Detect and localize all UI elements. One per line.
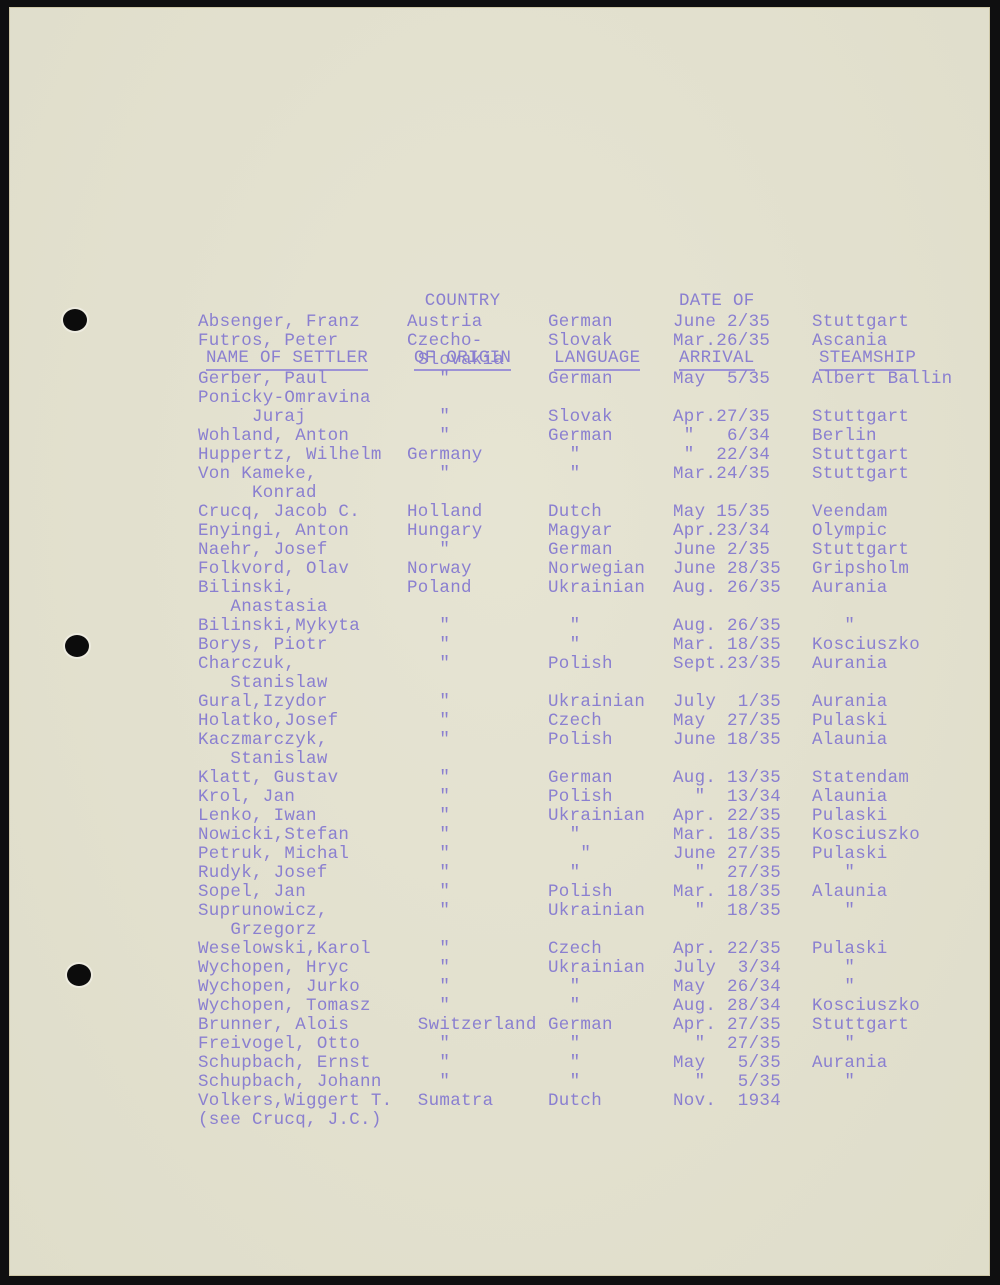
settler-name-cell: Stanislaw	[198, 750, 328, 769]
table-row: Crucq, Jacob C.HollandDutchMay 15/35Veen…	[0, 503, 1000, 522]
table-row: Klatt, Gustav "GermanAug. 13/35Statendam	[0, 769, 1000, 788]
date-of-arrival-cell: Mar. 18/35	[673, 636, 781, 655]
date-of-arrival-cell: May 26/34	[673, 978, 781, 997]
country-of-origin-cell: Poland	[407, 579, 472, 598]
language-cell: "	[548, 826, 580, 845]
date-of-arrival-cell: Apr. 27/35	[673, 1016, 781, 1035]
table-row: Grzegorz	[0, 921, 1000, 940]
settler-name-cell: Gerber, Paul	[198, 370, 328, 389]
language-cell: "	[548, 978, 580, 997]
table-row: Sopel, Jan "PolishMar. 18/35Alaunia	[0, 883, 1000, 902]
date-of-arrival-cell: " 22/34	[673, 446, 770, 465]
steamship-cell: Pulaski	[812, 807, 888, 826]
steamship-cell: Stuttgart	[812, 446, 909, 465]
date-of-arrival-cell: Mar. 18/35	[673, 826, 781, 845]
steamship-cell: Albert Ballin	[812, 370, 952, 389]
country-of-origin-cell: "	[407, 408, 450, 427]
language-cell: Czech	[548, 712, 602, 731]
steamship-cell: Pulaski	[812, 940, 888, 959]
steamship-cell: Aurania	[812, 693, 888, 712]
table-row: Futros, PeterCzecho-SlovakMar.26/35Ascan…	[0, 332, 1000, 351]
settler-name-cell: Schupbach, Ernst	[198, 1054, 371, 1073]
table-row: Slovakia	[0, 351, 1000, 370]
table-row: Wohland, Anton "German " 6/34Berlin	[0, 427, 1000, 446]
settler-name-cell: Enyingi, Anton	[198, 522, 349, 541]
settler-name-cell: Konrad	[198, 484, 317, 503]
country-of-origin-cell: Austria	[407, 313, 483, 332]
language-cell: German	[548, 313, 613, 332]
steamship-cell: Stuttgart	[812, 465, 909, 484]
settler-name-cell: Absenger, Franz	[198, 313, 360, 332]
settler-name-cell: Von Kameke,	[198, 465, 317, 484]
table-row: Wychopen, Tomasz " "Aug. 28/34Kosciuszko	[0, 997, 1000, 1016]
language-cell: "	[548, 1054, 580, 1073]
table-row: Juraj "SlovakApr.27/35Stuttgart	[0, 408, 1000, 427]
country-of-origin-cell: "	[407, 1054, 450, 1073]
settler-name-cell: Freivogel, Otto	[198, 1035, 360, 1054]
settler-name-cell: Klatt, Gustav	[198, 769, 338, 788]
settler-name-cell: Bilinski,	[198, 579, 295, 598]
table-row: Weselowski,Karol "CzechApr. 22/35Pulaski	[0, 940, 1000, 959]
table-row: Schupbach, Johann " " " 5/35 "	[0, 1073, 1000, 1092]
table-row: Anastasia	[0, 598, 1000, 617]
settler-name-cell: Kaczmarczyk,	[198, 731, 328, 750]
settler-name-cell: Folkvord, Olav	[198, 560, 349, 579]
settler-name-cell: Lenko, Iwan	[198, 807, 317, 826]
language-cell: "	[548, 864, 580, 883]
country-of-origin-cell: "	[407, 864, 450, 883]
date-of-arrival-cell: Aug. 26/35	[673, 579, 781, 598]
settler-name-cell: (see Crucq, J.C.)	[198, 1111, 382, 1130]
table-row: Kaczmarczyk, "PolishJune 18/35Alaunia	[0, 731, 1000, 750]
steamship-cell: Olympic	[812, 522, 888, 541]
country-of-origin-cell: "	[407, 655, 450, 674]
language-cell: German	[548, 769, 613, 788]
language-cell: Dutch	[548, 503, 602, 522]
language-cell: Ukrainian	[548, 579, 645, 598]
steamship-cell: Ascania	[812, 332, 888, 351]
settler-name-cell: Ponicky-Omravina	[198, 389, 371, 408]
steamship-cell: Pulaski	[812, 712, 888, 731]
language-cell: Ukrainian	[548, 959, 645, 978]
table-row: Bilinski,Mykyta " "Aug. 26/35 "	[0, 617, 1000, 636]
country-of-origin-cell: "	[407, 541, 450, 560]
steamship-cell: Aurania	[812, 579, 888, 598]
settler-table: Absenger, FranzAustriaGermanJune 2/35Stu…	[0, 313, 1000, 1130]
settler-name-cell: Rudyk, Josef	[198, 864, 328, 883]
language-cell: Ukrainian	[548, 693, 645, 712]
language-cell: Ukrainian	[548, 807, 645, 826]
table-row: Wychopen, Jurko " "May 26/34 "	[0, 978, 1000, 997]
language-cell: German	[548, 1016, 613, 1035]
language-cell: Dutch	[548, 1092, 602, 1111]
settler-name-cell: Stanislaw	[198, 674, 328, 693]
country-of-origin-cell: "	[407, 978, 450, 997]
steamship-cell: Aurania	[812, 1054, 888, 1073]
date-of-arrival-cell: Apr. 22/35	[673, 940, 781, 959]
country-of-origin-cell: "	[407, 427, 450, 446]
steamship-cell: "	[812, 1035, 855, 1054]
table-row: Volkers,Wiggert T. SumatraDutchNov. 1934	[0, 1092, 1000, 1111]
date-of-arrival-cell: May 5/35	[673, 1054, 781, 1073]
language-cell: "	[548, 1035, 580, 1054]
date-of-arrival-cell: Mar. 18/35	[673, 883, 781, 902]
table-row: Petruk, Michal " "June 27/35Pulaski	[0, 845, 1000, 864]
settler-name-cell: Gural,Izydor	[198, 693, 328, 712]
settler-name-cell: Naehr, Josef	[198, 541, 328, 560]
country-of-origin-cell: "	[407, 370, 450, 389]
date-of-arrival-cell: July 1/35	[673, 693, 781, 712]
table-row: Charczuk, "PolishSept.23/35Aurania	[0, 655, 1000, 674]
date-of-arrival-cell: Apr.23/34	[673, 522, 770, 541]
settler-name-cell: Volkers,Wiggert T.	[198, 1092, 392, 1111]
table-row: (see Crucq, J.C.)	[0, 1111, 1000, 1130]
date-of-arrival-cell: June 28/35	[673, 560, 781, 579]
date-of-arrival-cell: " 27/35	[673, 1035, 781, 1054]
country-of-origin-cell: "	[407, 1073, 450, 1092]
table-row: Freivogel, Otto " " " 27/35 "	[0, 1035, 1000, 1054]
settler-name-cell: Wohland, Anton	[198, 427, 349, 446]
steamship-cell: "	[812, 978, 855, 997]
settler-name-cell: Brunner, Alois	[198, 1016, 349, 1035]
table-row: Nowicki,Stefan " "Mar. 18/35Kosciuszko	[0, 826, 1000, 845]
steamship-cell: Alaunia	[812, 883, 888, 902]
settler-name-cell: Charczuk,	[198, 655, 295, 674]
language-cell: German	[548, 370, 613, 389]
settler-name-cell: Wychopen, Jurko	[198, 978, 360, 997]
table-row: Absenger, FranzAustriaGermanJune 2/35Stu…	[0, 313, 1000, 332]
country-of-origin-cell: "	[407, 788, 450, 807]
table-row: Gural,Izydor "UkrainianJuly 1/35Aurania	[0, 693, 1000, 712]
language-cell: "	[548, 465, 580, 484]
date-of-arrival-cell: June 18/35	[673, 731, 781, 750]
steamship-cell: Statendam	[812, 769, 909, 788]
language-cell: Slovak	[548, 332, 613, 351]
steamship-cell: Stuttgart	[812, 1016, 909, 1035]
date-of-arrival-cell: Mar.24/35	[673, 465, 770, 484]
steamship-cell: "	[812, 902, 855, 921]
table-row: Rudyk, Josef " " " 27/35 "	[0, 864, 1000, 883]
country-of-origin-cell: "	[407, 845, 450, 864]
settler-name-cell: Krol, Jan	[198, 788, 295, 807]
date-of-arrival-cell: " 27/35	[673, 864, 781, 883]
language-cell: Polish	[548, 883, 613, 902]
country-of-origin-cell: Sumatra	[407, 1092, 493, 1111]
language-cell: "	[548, 636, 580, 655]
country-of-origin-cell: Slovakia	[407, 351, 504, 370]
language-cell: Czech	[548, 940, 602, 959]
date-of-arrival-cell: July 3/34	[673, 959, 781, 978]
table-row: Stanislaw	[0, 750, 1000, 769]
steamship-cell: "	[812, 959, 855, 978]
steamship-cell: Alaunia	[812, 731, 888, 750]
language-cell: Polish	[548, 788, 613, 807]
date-of-arrival-cell: May 27/35	[673, 712, 781, 731]
country-of-origin-cell: "	[407, 617, 450, 636]
settler-name-cell: Borys, Piotr	[198, 636, 328, 655]
table-row: Holatko,Josef "CzechMay 27/35Pulaski	[0, 712, 1000, 731]
language-cell: "	[548, 845, 591, 864]
country-of-origin-cell: Hungary	[407, 522, 483, 541]
date-of-arrival-cell: Nov. 1934	[673, 1092, 781, 1111]
table-row: Von Kameke, " "Mar.24/35Stuttgart	[0, 465, 1000, 484]
country-of-origin-cell: "	[407, 636, 450, 655]
steamship-cell: Stuttgart	[812, 541, 909, 560]
steamship-cell: "	[812, 1073, 855, 1092]
settler-name-cell: Wychopen, Tomasz	[198, 997, 371, 1016]
language-cell: "	[548, 1073, 580, 1092]
date-of-arrival-cell: Mar.26/35	[673, 332, 770, 351]
table-row: Stanislaw	[0, 674, 1000, 693]
steamship-cell: Pulaski	[812, 845, 888, 864]
language-cell: Polish	[548, 655, 613, 674]
date-of-arrival-cell: " 6/34	[673, 427, 770, 446]
table-row: Wychopen, Hryc "UkrainianJuly 3/34 "	[0, 959, 1000, 978]
steamship-cell: Stuttgart	[812, 408, 909, 427]
steamship-cell: "	[812, 617, 855, 636]
steamship-cell: Veendam	[812, 503, 888, 522]
table-row: Krol, Jan "Polish " 13/34Alaunia	[0, 788, 1000, 807]
country-of-origin-cell: "	[407, 465, 450, 484]
language-cell: Slovak	[548, 408, 613, 427]
steamship-cell: Kosciuszko	[812, 826, 920, 845]
country-of-origin-cell: "	[407, 769, 450, 788]
table-row: Suprunowicz, "Ukrainian " 18/35 "	[0, 902, 1000, 921]
table-row: Lenko, Iwan "UkrainianApr. 22/35Pulaski	[0, 807, 1000, 826]
country-of-origin-cell: Switzerland	[407, 1016, 537, 1035]
settler-name-cell: Juraj	[198, 408, 306, 427]
date-of-arrival-cell: " 5/35	[673, 1073, 781, 1092]
table-row: Enyingi, AntonHungaryMagyarApr.23/34Olym…	[0, 522, 1000, 541]
steamship-cell: "	[812, 864, 855, 883]
language-cell: "	[548, 446, 580, 465]
country-of-origin-cell: "	[407, 883, 450, 902]
country-of-origin-cell: Czecho-	[407, 332, 483, 351]
country-of-origin-cell: "	[407, 959, 450, 978]
country-of-origin-cell: Holland	[407, 503, 483, 522]
table-row: Ponicky-Omravina	[0, 389, 1000, 408]
language-cell: "	[548, 997, 580, 1016]
date-of-arrival-cell: May 15/35	[673, 503, 770, 522]
country-of-origin-cell: Norway	[407, 560, 472, 579]
language-cell: German	[548, 427, 613, 446]
country-of-origin-cell: "	[407, 693, 450, 712]
settler-name-cell: Bilinski,Mykyta	[198, 617, 360, 636]
date-of-arrival-cell: Aug. 26/35	[673, 617, 781, 636]
country-of-origin-cell: "	[407, 902, 450, 921]
date-of-arrival-cell: Apr.27/35	[673, 408, 770, 427]
table-row: Folkvord, OlavNorwayNorwegianJune 28/35G…	[0, 560, 1000, 579]
steamship-cell: Berlin	[812, 427, 877, 446]
table-row: Naehr, Josef "GermanJune 2/35Stuttgart	[0, 541, 1000, 560]
table-row: Gerber, Paul "GermanMay 5/35Albert Balli…	[0, 370, 1000, 389]
settler-name-cell: Petruk, Michal	[198, 845, 349, 864]
settler-name-cell: Suprunowicz,	[198, 902, 328, 921]
date-of-arrival-cell: June 27/35	[673, 845, 781, 864]
country-of-origin-cell: "	[407, 997, 450, 1016]
table-row: Huppertz, WilhelmGermany " " 22/34Stuttg…	[0, 446, 1000, 465]
settler-name-cell: Huppertz, Wilhelm	[198, 446, 382, 465]
steamship-cell: Aurania	[812, 655, 888, 674]
settler-name-cell: Sopel, Jan	[198, 883, 306, 902]
steamship-cell: Gripsholm	[812, 560, 909, 579]
country-of-origin-cell: "	[407, 1035, 450, 1054]
date-of-arrival-cell: Aug. 13/35	[673, 769, 781, 788]
date-of-arrival-cell: Sept.23/35	[673, 655, 781, 674]
table-row: Bilinski,PolandUkrainianAug. 26/35Aurani…	[0, 579, 1000, 598]
table-row: Konrad	[0, 484, 1000, 503]
settler-name-cell: Schupbach, Johann	[198, 1073, 382, 1092]
settler-name-cell: Anastasia	[198, 598, 328, 617]
language-cell: "	[548, 617, 580, 636]
settler-name-cell: Nowicki,Stefan	[198, 826, 349, 845]
steamship-cell: Stuttgart	[812, 313, 909, 332]
country-of-origin-cell: Germany	[407, 446, 483, 465]
country-of-origin-cell: "	[407, 712, 450, 731]
table-row: Borys, Piotr " "Mar. 18/35Kosciuszko	[0, 636, 1000, 655]
country-of-origin-cell: "	[407, 807, 450, 826]
language-cell: Norwegian	[548, 560, 645, 579]
date-of-arrival-cell: Apr. 22/35	[673, 807, 781, 826]
settler-name-cell: Holatko,Josef	[198, 712, 338, 731]
settler-name-cell: Futros, Peter	[198, 332, 338, 351]
date-of-arrival-cell: June 2/35	[673, 541, 770, 560]
language-cell: Polish	[548, 731, 613, 750]
language-cell: Magyar	[548, 522, 613, 541]
date-of-arrival-cell: " 18/35	[673, 902, 781, 921]
country-of-origin-cell: "	[407, 826, 450, 845]
language-cell: Ukrainian	[548, 902, 645, 921]
date-of-arrival-cell: Aug. 28/34	[673, 997, 781, 1016]
settler-name-cell: Wychopen, Hryc	[198, 959, 349, 978]
language-cell: German	[548, 541, 613, 560]
settler-name-cell: Weselowski,Karol	[198, 940, 371, 959]
table-row: Schupbach, Ernst " "May 5/35Aurania	[0, 1054, 1000, 1073]
country-of-origin-cell: "	[407, 940, 450, 959]
steamship-cell: Kosciuszko	[812, 636, 920, 655]
country-of-origin-cell: "	[407, 731, 450, 750]
date-of-arrival-cell: " 13/34	[673, 788, 781, 807]
date-of-arrival-cell: May 5/35	[673, 370, 770, 389]
steamship-cell: Alaunia	[812, 788, 888, 807]
settler-name-cell: Grzegorz	[198, 921, 317, 940]
date-of-arrival-cell: June 2/35	[673, 313, 770, 332]
steamship-cell: Kosciuszko	[812, 997, 920, 1016]
settler-name-cell: Crucq, Jacob C.	[198, 503, 360, 522]
table-row: Brunner, Alois SwitzerlandGermanApr. 27/…	[0, 1016, 1000, 1035]
